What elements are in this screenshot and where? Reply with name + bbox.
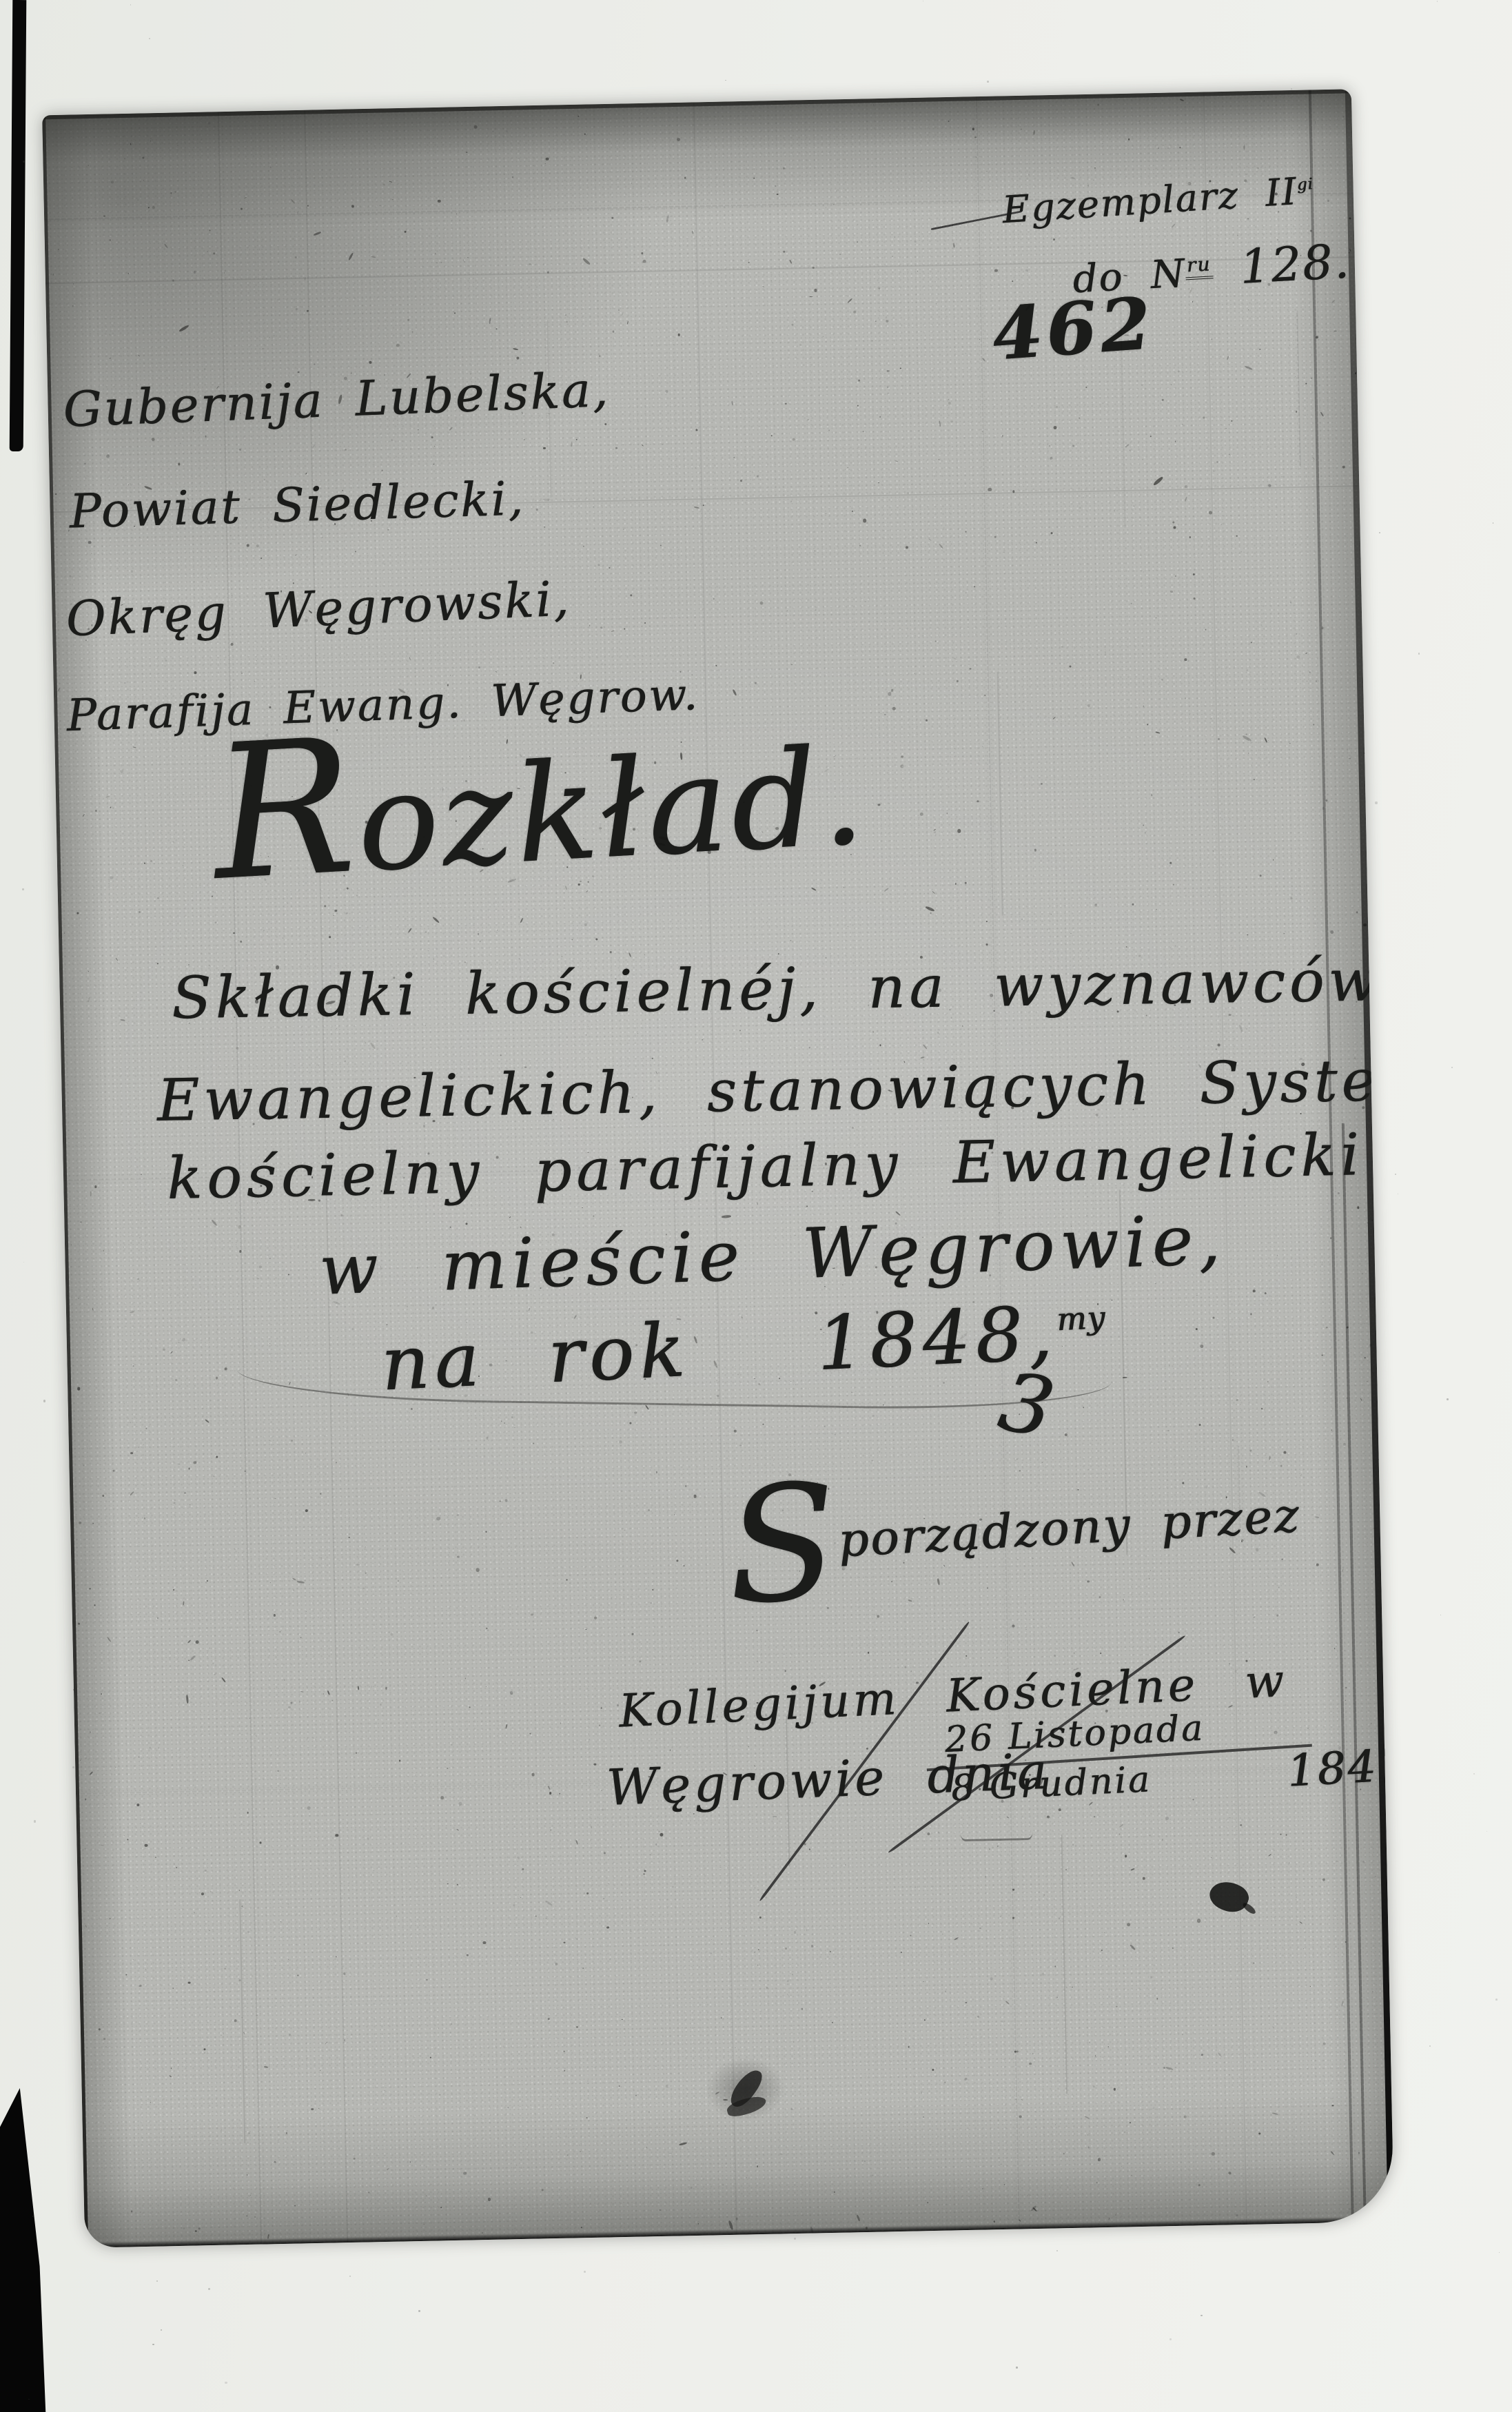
pen-hook-mark bbox=[960, 1824, 1032, 1841]
ink-blot-tail bbox=[1241, 1901, 1257, 1916]
body-line: Składki kościelnéj, na wyznawców bbox=[171, 950, 1382, 1028]
year-ordinal-suffix: my bbox=[1056, 1299, 1106, 1338]
adjacent-page-edge-line bbox=[1342, 1123, 1367, 2222]
ref-number: 128. bbox=[1238, 234, 1351, 295]
header-line: Powiat Siedlecki, bbox=[69, 475, 526, 537]
title-initial: R bbox=[207, 699, 362, 922]
body-line: w mieście Węgrowie, bbox=[318, 1203, 1227, 1307]
closing-line-1: Sporządzony przez bbox=[725, 1473, 1303, 1592]
copy-word: Egzemplarz bbox=[1001, 173, 1240, 232]
header-line: Okręg Węgrowski, bbox=[65, 573, 571, 644]
manuscript-page: Egzemplarz IIgi do Nru 128. 462 Gubernij… bbox=[42, 89, 1394, 2248]
body-line: Ewangelickich, stanowiących Systemat bbox=[156, 1047, 1394, 1131]
archive-page-number: 462 bbox=[990, 285, 1156, 372]
dual-date-fraction: 26 Listopada 8 Grudnia bbox=[925, 1705, 1314, 1809]
date-lower: 8 Grudnia bbox=[950, 1753, 1314, 1808]
page-bottom-edge bbox=[85, 2216, 1394, 2248]
document-title: Rozkład. bbox=[208, 682, 870, 912]
ref-n: N bbox=[1150, 251, 1187, 298]
header-line: Gubernija Lubelska, bbox=[62, 365, 611, 436]
copy-number-annotation: Egzemplarz IIgi bbox=[1001, 172, 1315, 230]
copy-numeral-suffix: gi bbox=[1296, 175, 1314, 194]
body-line: kościelny parafijalny Ewangelicki bbox=[166, 1124, 1364, 1209]
ref-sup: ru bbox=[1185, 252, 1213, 280]
title-rest: ozkład. bbox=[353, 717, 870, 901]
ink-blot bbox=[1205, 1876, 1252, 1918]
binding-shadow-blob bbox=[0, 2088, 50, 2412]
copy-numeral: II bbox=[1264, 170, 1299, 215]
closing-year: 1847 r. bbox=[1286, 1739, 1394, 1795]
closing-initial: S bbox=[722, 1449, 844, 1640]
page-top-edge bbox=[42, 89, 1351, 119]
scanned-document-background: Egzemplarz IIgi do Nru 128. 462 Gubernij… bbox=[0, 0, 1512, 2412]
book-binding-bar bbox=[10, 0, 27, 451]
closing-line-1-rest: porządzony przez bbox=[837, 1489, 1302, 1568]
